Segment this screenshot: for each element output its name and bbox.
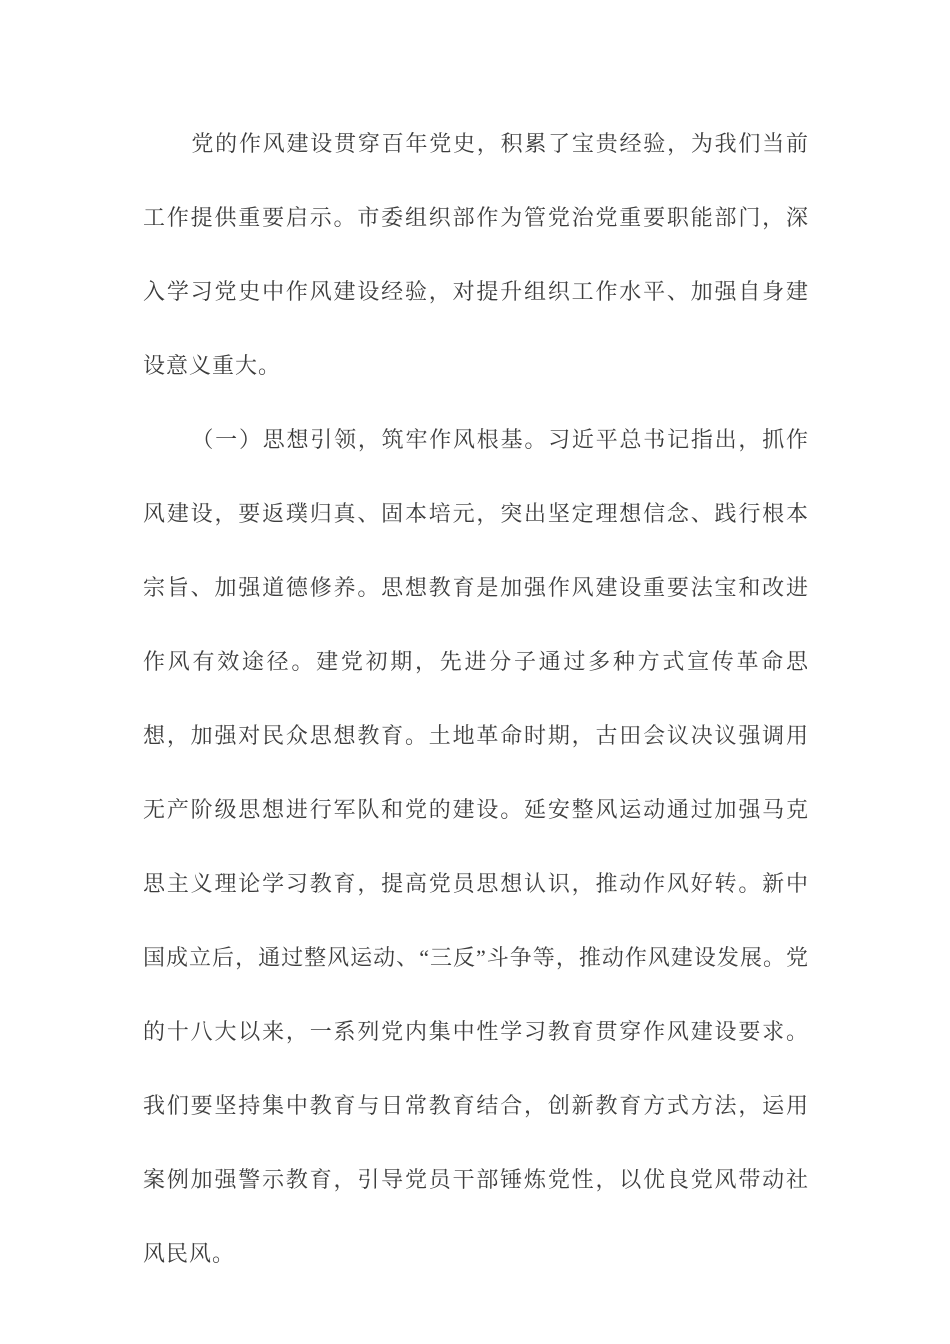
paragraph-section-one: （一）思想引领，筑牢作风根基。习近平总书记指出，抓作风建设，要返璞归真、固本培元… — [143, 403, 809, 1291]
document-page: 党的作风建设贯穿百年党史，积累了宝贵经验，为我们当前工作提供重要启示。市委组织部… — [0, 0, 950, 1344]
paragraph-intro: 党的作风建设贯穿百年党史，积累了宝贵经验，为我们当前工作提供重要启示。市委组织部… — [143, 107, 809, 403]
